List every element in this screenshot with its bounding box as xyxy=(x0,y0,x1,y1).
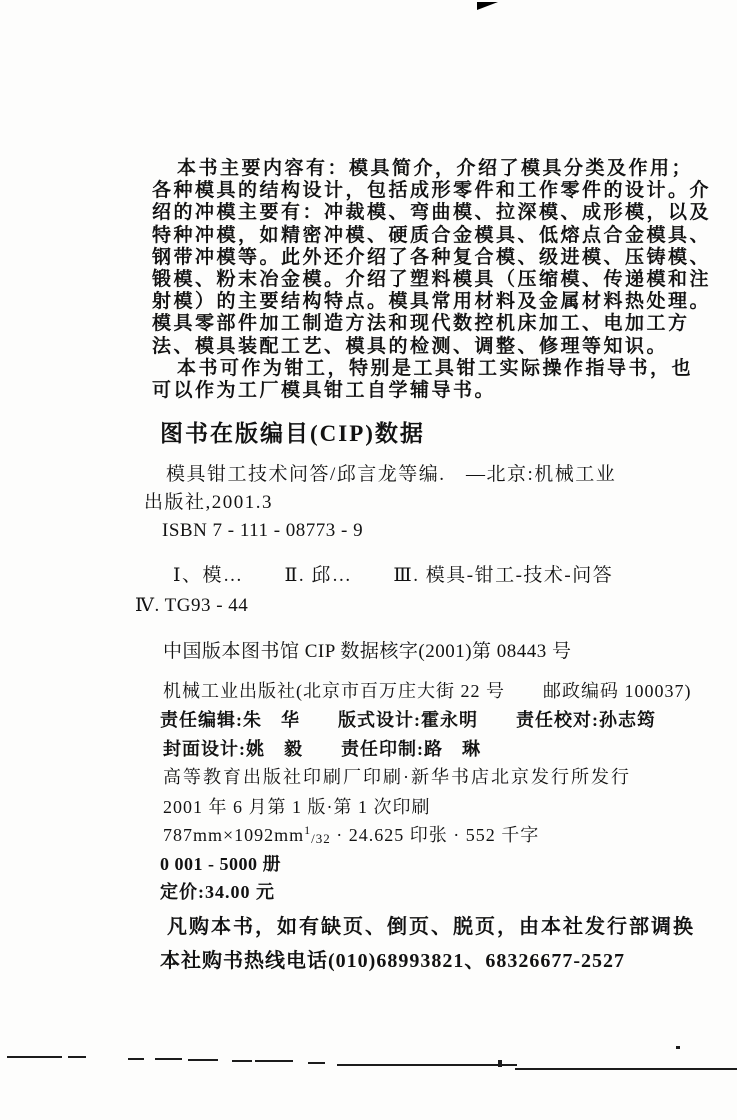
format-line: 787mm×1092mm1/32 · 24.625 印张 · 552 千字 xyxy=(163,821,539,847)
dash-segment xyxy=(188,1059,218,1061)
summary-line: 各种模具的结构设计，包括成形零件和工作零件的设计。介 xyxy=(152,180,652,202)
scan-speck xyxy=(498,1060,502,1067)
notice-line2: 本社购书热线电话(010)68993821、68326677-2527 xyxy=(160,944,625,973)
format-prefix: 787mm×1092mm xyxy=(163,825,304,845)
dash-segment xyxy=(7,1056,62,1058)
summary-line: 模具零部件加工制造方法和现代数控机床加工、电加工方 xyxy=(152,313,652,335)
dash-segment xyxy=(155,1058,182,1060)
summary-line: 钢带冲模等。此外还介绍了各种复合模、级进模、压铸模、 xyxy=(152,247,652,269)
summary-line: 本书主要内容有：模具简介，介绍了模具分类及作用； xyxy=(152,158,652,180)
summary-line: 可以作为工厂模具钳工自学辅导书。 xyxy=(152,380,652,402)
print-run-line: 0 001 - 5000 册 xyxy=(160,850,281,876)
cip-class-number: Ⅳ. TG93 - 44 xyxy=(135,594,248,617)
summary-line: 法、模具装配工艺、模具的检测、调整、修理等知识。 xyxy=(152,336,652,358)
isbn: ISBN 7 - 111 - 08773 - 9 xyxy=(162,520,363,542)
summary-line: 本书可作为钳工，特别是工具钳工实际操作指导书，也 xyxy=(152,358,652,380)
dash-segment xyxy=(515,1068,737,1070)
format-rest: · 24.625 印张 · 552 千字 xyxy=(331,825,540,845)
scan-speck xyxy=(676,1046,680,1049)
summary-line: 射模）的主要结构特点。模具常用材料及金属材料热处理。 xyxy=(152,291,652,313)
cip-record-line2: 出版社,2001.3 xyxy=(144,487,273,514)
dash-segment xyxy=(232,1060,252,1062)
design-line: 封面设计:姚 毅 责任印制:路 琳 xyxy=(163,735,481,761)
dash-segment xyxy=(128,1058,144,1060)
cip-classification: Ⅰ、模… Ⅱ. 邱… Ⅲ. 模具-钳工-技术-问答 xyxy=(173,560,613,587)
dash-segment xyxy=(255,1060,293,1062)
format-fraction: /32 xyxy=(311,831,331,846)
book-summary: 本书主要内容有：模具简介，介绍了模具分类及作用； 各种模具的结构设计，包括成形零… xyxy=(152,158,652,402)
scan-corner-mark xyxy=(477,2,498,10)
summary-line: 锻模、粉末冶金模。介绍了塑料模具（压缩模、传递模和注 xyxy=(152,269,652,291)
cip-heading: 图书在版编目(CIP)数据 xyxy=(160,415,425,448)
editors-line: 责任编辑:朱 华 版式设计:霍永明 责任校对:孙志筠 xyxy=(160,706,656,732)
dash-segment xyxy=(337,1064,517,1066)
notice-line1: 凡购本书，如有缺页、倒页、脱页，由本社发行部调换 xyxy=(167,910,695,939)
price-line: 定价:34.00 元 xyxy=(160,878,275,904)
cip-record-number: 中国版本图书馆 CIP 数据核字(2001)第 08443 号 xyxy=(163,636,572,663)
printing-line: 高等教育出版社印刷厂印刷·新华书店北京发行所发行 xyxy=(163,763,631,789)
summary-line: 特种冲模，如精密冲模、硬质合金模具、低熔点合金模具、 xyxy=(152,225,652,247)
dash-segment xyxy=(308,1062,325,1064)
cip-record-line1: 模具钳工技术问答/邱言龙等编. —北京:机械工业 xyxy=(166,459,616,486)
publisher-line: 机械工业出版社(北京市百万庄大街 22 号 邮政编码 100037) xyxy=(163,677,692,703)
edition-line: 2001 年 6 月第 1 版·第 1 次印刷 xyxy=(163,793,431,819)
dash-segment xyxy=(68,1056,86,1058)
summary-line: 绍的冲模主要有：冲裁模、弯曲模、拉深模、成形模，以及 xyxy=(152,202,652,224)
